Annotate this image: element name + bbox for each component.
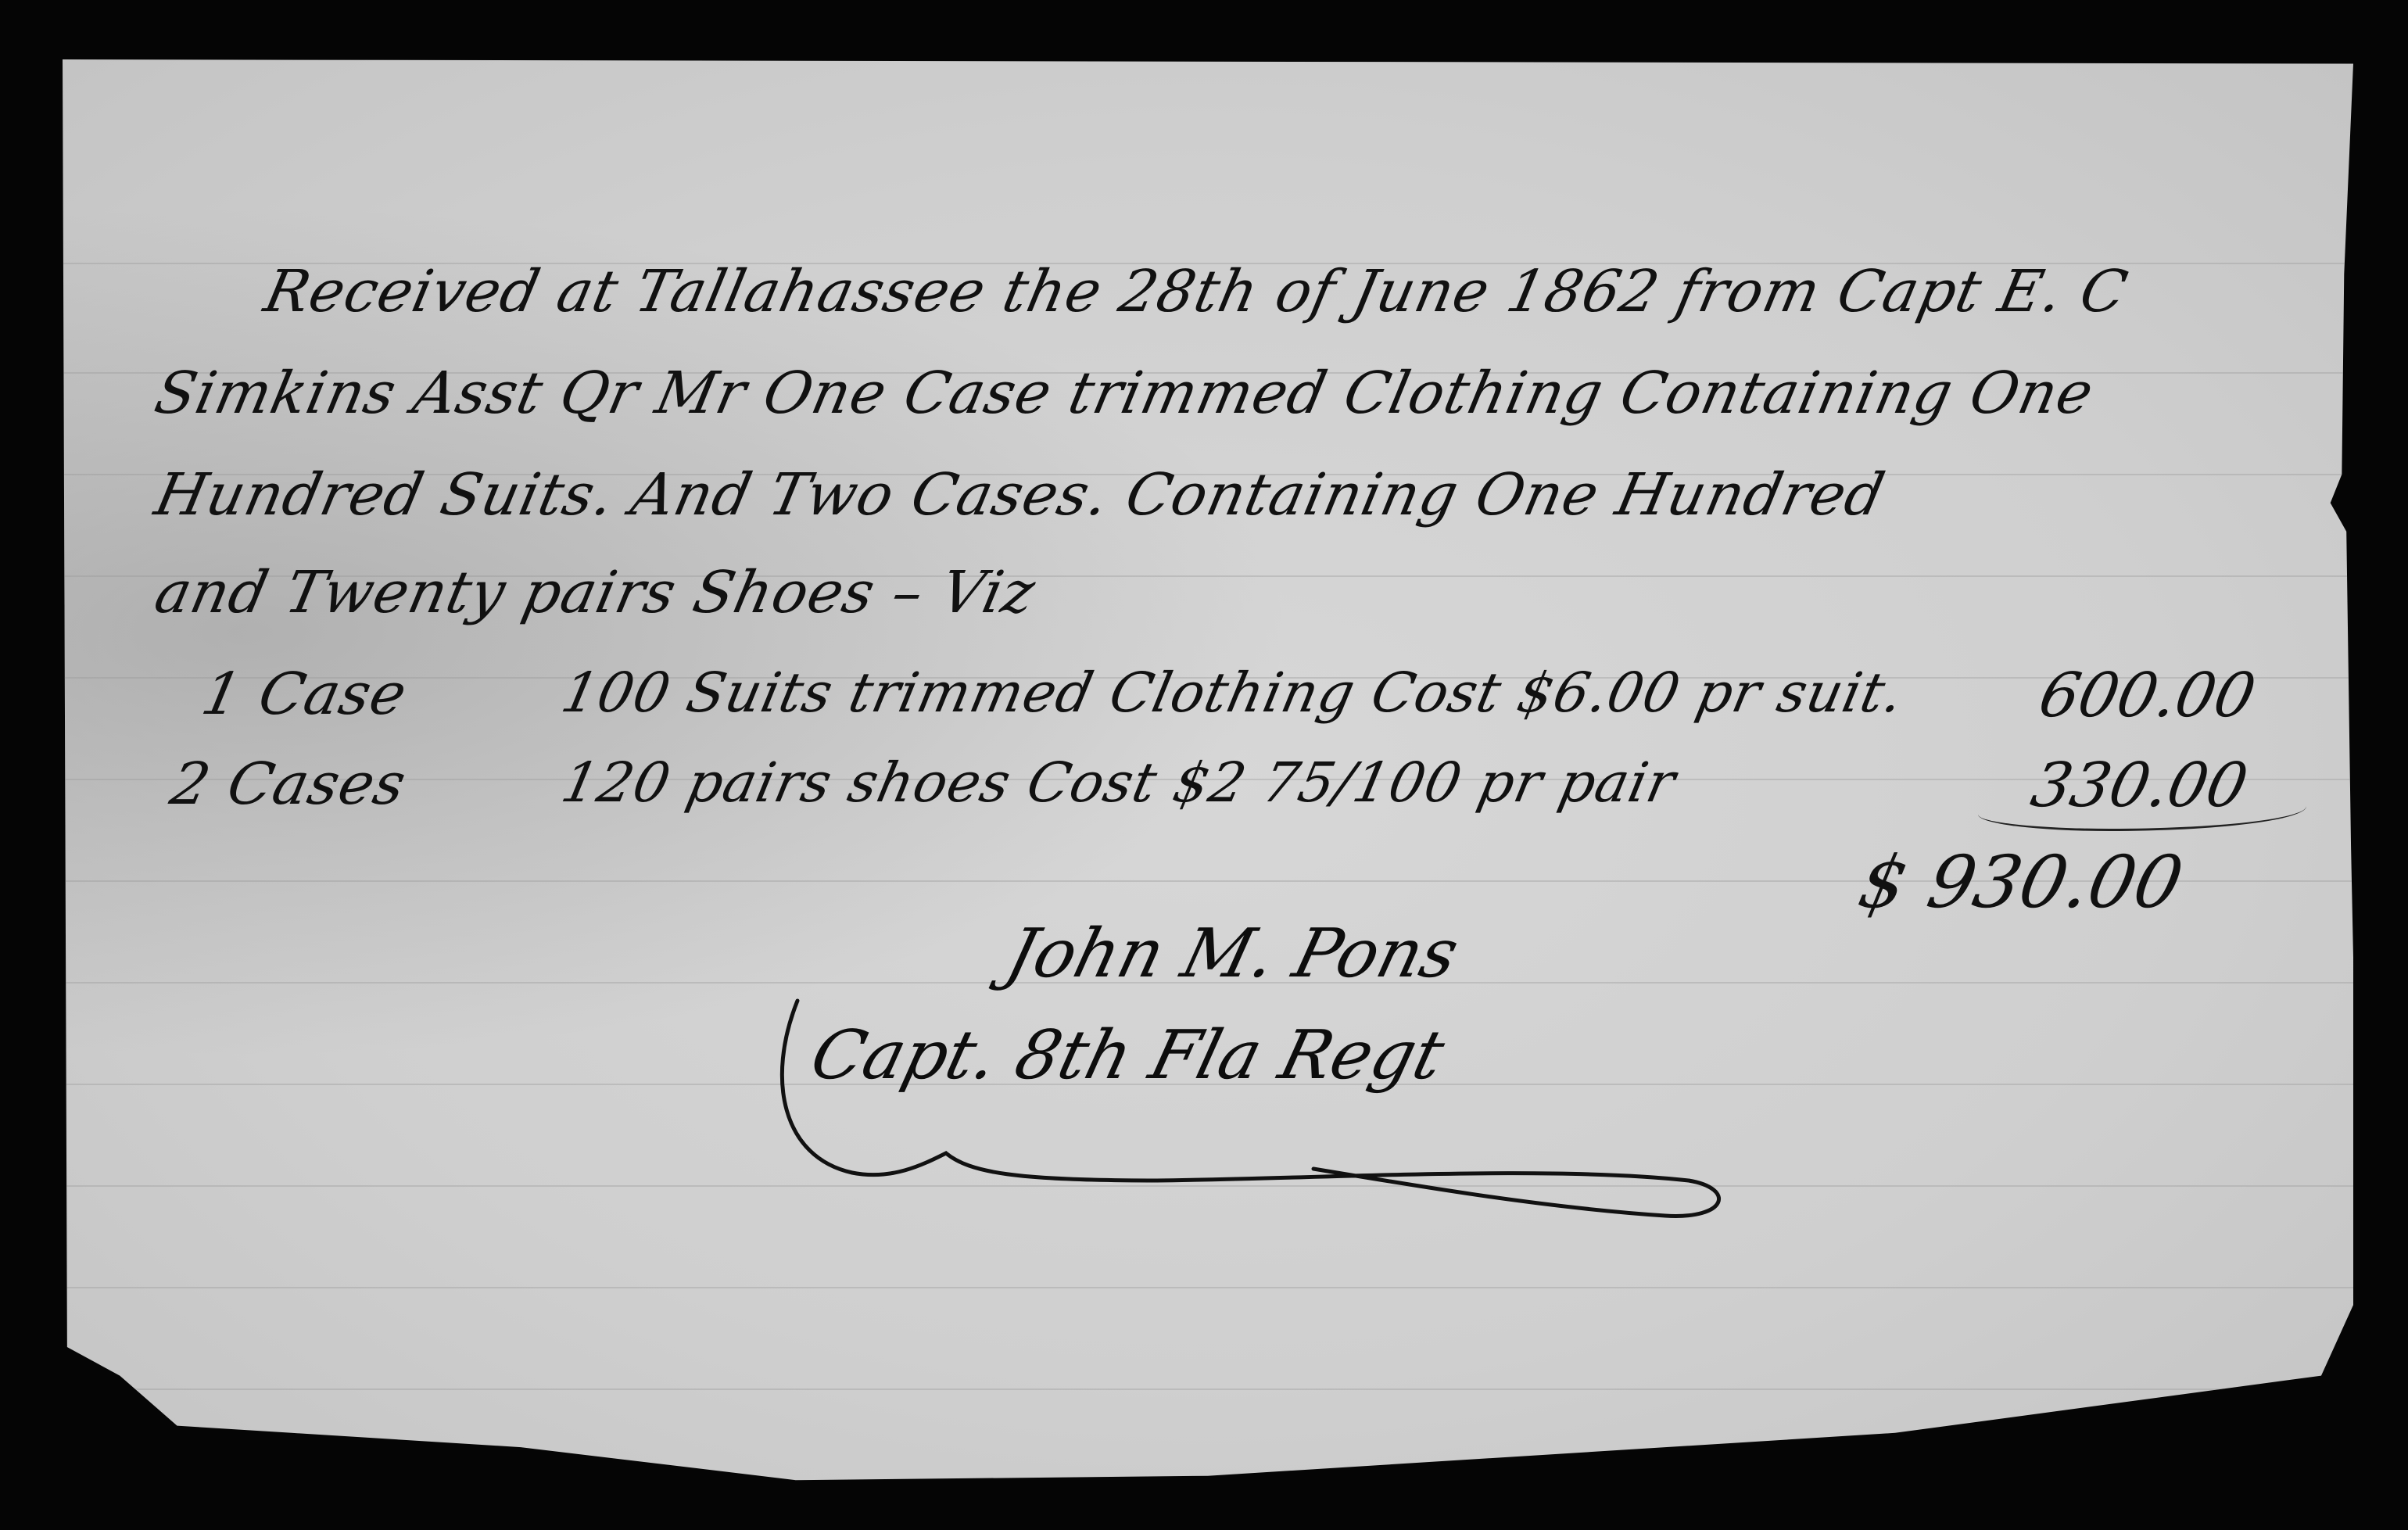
paper-rule xyxy=(63,1388,2353,1390)
signature-name: John M. Pons xyxy=(999,915,1467,993)
signature-flourish xyxy=(766,985,1751,1220)
paper-rule xyxy=(63,1287,2353,1288)
body-line-1: Received at Tallahassee the 28th of June… xyxy=(259,258,2134,325)
body-line-3: Hundred Suits. And Two Cases. Containing… xyxy=(149,461,1891,529)
total-amount: $ 930.00 xyxy=(1852,840,2190,924)
item-description: 100 Suits trimmed Clothing Cost $6.00 pr… xyxy=(556,661,1909,725)
body-line-2: Simkins Asst Qr Mr One Case trimmed Clot… xyxy=(149,360,2100,427)
item-qty: 1 Case xyxy=(196,661,413,728)
body-line-4: and Twenty pairs Shoes – Viz xyxy=(149,559,1041,626)
item-qty: 2 Cases xyxy=(165,751,412,818)
item-amount: 600.00 xyxy=(2033,661,2261,731)
item-description: 120 pairs shoes Cost $2 75/100 pr pair xyxy=(556,751,1681,815)
